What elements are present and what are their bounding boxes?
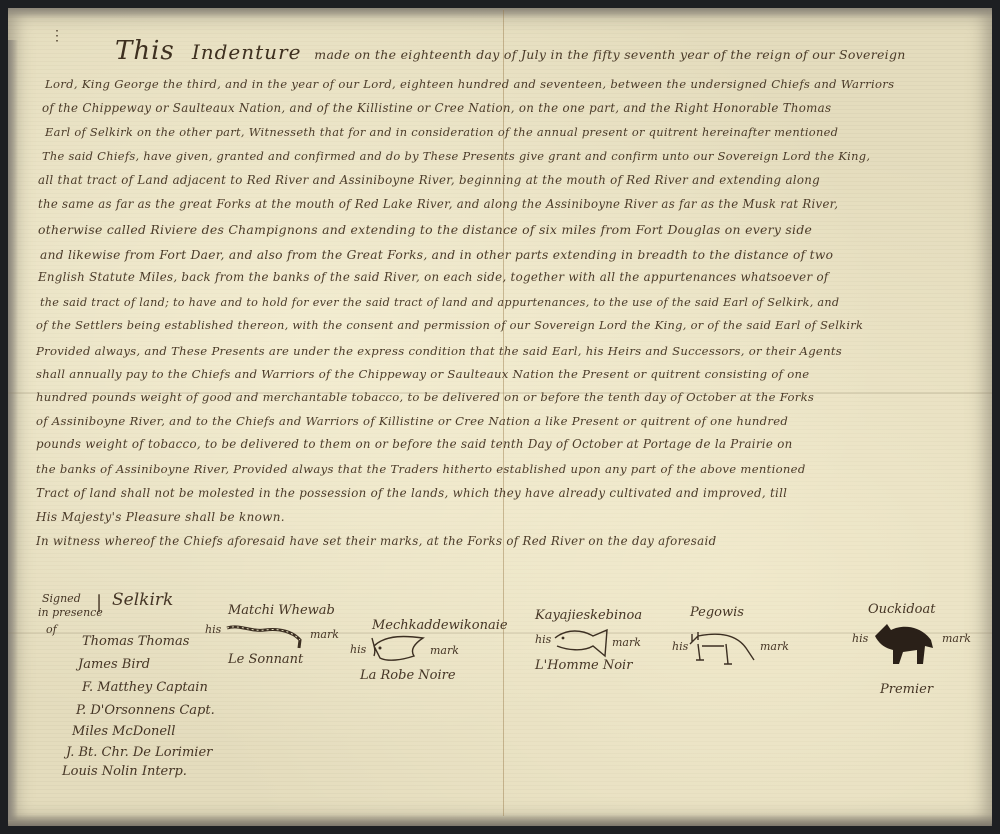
mark-label: mark [430, 644, 459, 657]
chief-name: Ouckidoat [868, 602, 935, 617]
witness-signature: James Bird [78, 657, 150, 672]
chief-alias: Premier [880, 682, 933, 697]
fish-mark-icon [553, 626, 609, 662]
chief-name: Mechkaddewikonaie [372, 618, 508, 633]
mark-label: mark [942, 632, 971, 645]
body-line: Tract of land shall not be molested in t… [36, 486, 787, 500]
body-line: shall annually pay to the Chiefs and War… [36, 367, 809, 381]
chief-alias: Le Sonnant [228, 652, 303, 667]
signature-selkirk: Selkirk [112, 590, 173, 610]
body-line: otherwise called Riviere des Champignons… [38, 222, 812, 237]
of-label: of [46, 623, 57, 636]
body-line: all that tract of Land adjacent to Red R… [38, 173, 820, 187]
animal-mark-icon [688, 630, 758, 670]
mark-label: mark [612, 636, 641, 649]
body-line: the banks of Assiniboyne River, Provided… [36, 462, 806, 476]
body-line: Provided always, and These Presents are … [36, 344, 842, 358]
witness-signature: P. D'Orsonnens Capt. [76, 703, 215, 718]
witness-signature: F. Matthey Captain [82, 680, 208, 695]
body-line: the same as far as the great Forks at th… [38, 197, 838, 211]
chief-name: Matchi Whewab [228, 603, 335, 618]
mark-label: mark [310, 628, 339, 641]
body-line: made on the eighteenth day of July in th… [314, 47, 905, 62]
fish-mark-icon [368, 632, 428, 664]
bear-mark-icon [873, 620, 935, 666]
chief-alias: L'Homme Noir [535, 658, 632, 673]
body-line: and likewise from Fort Daer, and also fr… [40, 248, 833, 262]
snake-mark-icon [225, 622, 305, 652]
margin-marks: ⋮ [50, 28, 64, 44]
his-label: his [535, 633, 551, 646]
his-label: his [205, 623, 221, 636]
witness-signature: Miles McDonell [72, 724, 175, 739]
body-line: His Majesty's Pleasure shall be known. [36, 510, 285, 524]
title-word-indenture: Indenture [192, 40, 302, 64]
body-line: the said tract of land; to have and to h… [40, 296, 839, 309]
in-presence-label: in presence [38, 606, 103, 619]
body-line: of the Settlers being established thereo… [36, 318, 863, 332]
signed-label: Signed [42, 592, 81, 605]
witness-signature: J. Bt. Chr. De Lorimier [66, 745, 212, 760]
mark-label: mark [760, 640, 789, 653]
chief-name: Pegowis [690, 605, 744, 620]
body-line: Lord, King George the third, and in the … [45, 77, 894, 91]
chief-alias: La Robe Noire [360, 668, 456, 683]
body-line: The said Chiefs, have given, granted and… [42, 149, 870, 163]
his-label: his [852, 632, 868, 645]
body-line: Earl of Selkirk on the other part, Witne… [45, 125, 838, 139]
title-word-this: This [115, 36, 175, 66]
body-line: of Assiniboyne River, and to the Chiefs … [36, 414, 788, 428]
his-label: his [672, 640, 688, 653]
page-edge-shadow [8, 40, 18, 820]
title-line: This Indenture made on the eighteenth da… [115, 36, 906, 66]
body-line: In witness whereof the Chiefs aforesaid … [36, 534, 716, 548]
body-line: hundred pounds weight of good and mercha… [36, 390, 814, 404]
his-label: his [350, 643, 366, 656]
bracket-mark: | [96, 592, 102, 613]
body-line: pounds weight of tobacco, to be delivere… [36, 437, 793, 451]
chief-name: Kayajieskebinoa [535, 608, 642, 623]
body-line: English Statute Miles, back from the ban… [38, 270, 829, 284]
body-line: of the Chippeway or Saulteaux Nation, an… [42, 101, 831, 115]
witness-signature: Thomas Thomas [82, 634, 189, 649]
witness-signature: Louis Nolin Interp. [62, 764, 187, 779]
